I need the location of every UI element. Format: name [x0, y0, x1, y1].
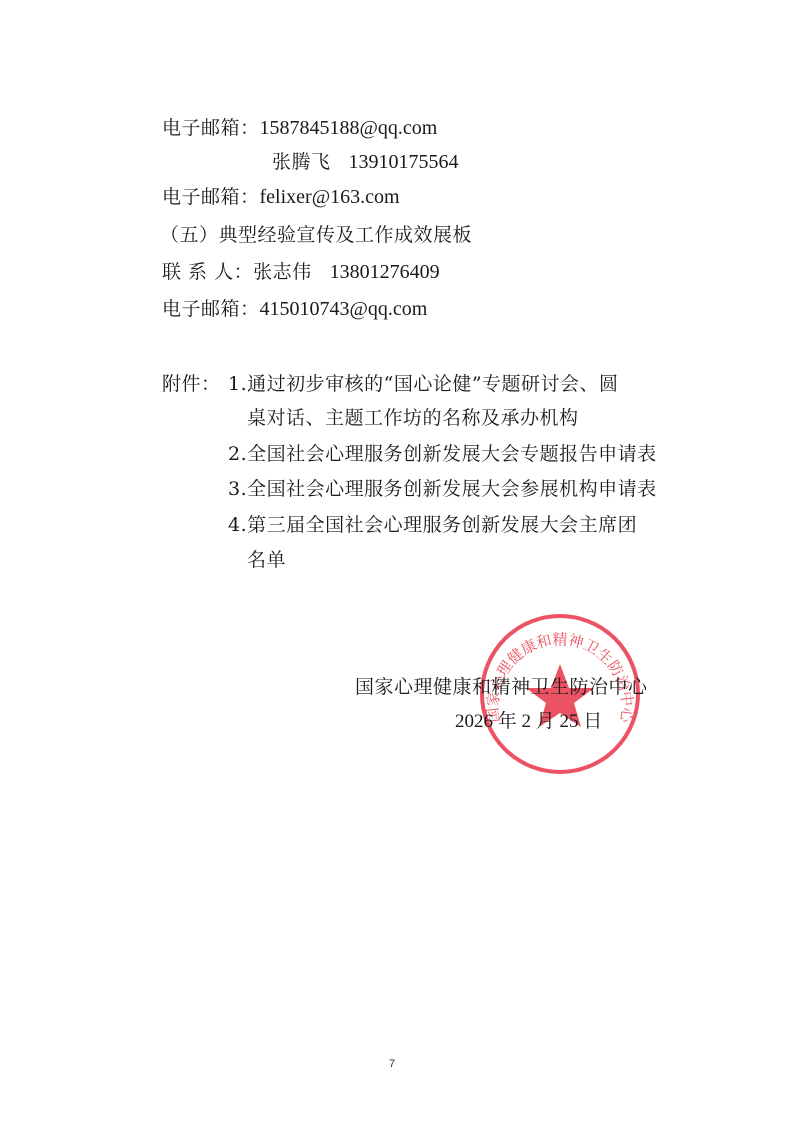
- contact-label: 联 系 人：: [162, 261, 253, 283]
- contact-name: 张志伟: [253, 261, 312, 283]
- email-label: 电子邮箱：: [162, 117, 260, 139]
- attachments-label: 附件：: [162, 370, 221, 398]
- contact-row-2: 张腾飞13910175564: [272, 148, 459, 176]
- attachment-item-3: 3.全国社会心理服务创新发展大会参展机构申请表: [228, 475, 657, 503]
- email-value: felixer@163.com: [260, 186, 400, 208]
- contact-phone: 13910175564: [349, 151, 459, 173]
- attachment-item-1-line2: 桌对话、主题工作坊的名称及承办机构: [247, 404, 579, 432]
- email-value: 1587845188@qq.com: [260, 117, 438, 139]
- attachment-item-2: 2.全国社会心理服务创新发展大会专题报告申请表: [228, 440, 657, 468]
- section-5-email: 电子邮箱：415010743@qq.com: [162, 295, 427, 323]
- signing-organization: 国家心理健康和精神卫生防治中心: [355, 673, 648, 701]
- email-row-2: 电子邮箱：felixer@163.com: [162, 183, 400, 211]
- email-row-1: 电子邮箱：1587845188@qq.com: [162, 114, 437, 142]
- contact-name: 张腾飞: [272, 151, 331, 173]
- section-5-heading: （五）典型经验宣传及工作成效展板: [160, 221, 472, 249]
- email-label: 电子邮箱：: [162, 186, 260, 208]
- attachment-item-4-line1: 4.第三届全国社会心理服务创新发展大会主席团: [228, 511, 637, 539]
- page-number: 7: [389, 1058, 395, 1070]
- attachment-item-1-line1: 1.通过初步审核的“国心论健”专题研讨会、圆: [228, 370, 619, 398]
- signing-date: 2026 年 2 月 25 日: [455, 708, 602, 736]
- section-5-contact: 联 系 人：张志伟13801276409: [162, 258, 440, 286]
- contact-phone: 13801276409: [330, 261, 440, 283]
- attachment-item-4-line2: 名单: [247, 546, 286, 574]
- email-label: 电子邮箱：: [162, 298, 260, 320]
- email-value: 415010743@qq.com: [260, 298, 428, 320]
